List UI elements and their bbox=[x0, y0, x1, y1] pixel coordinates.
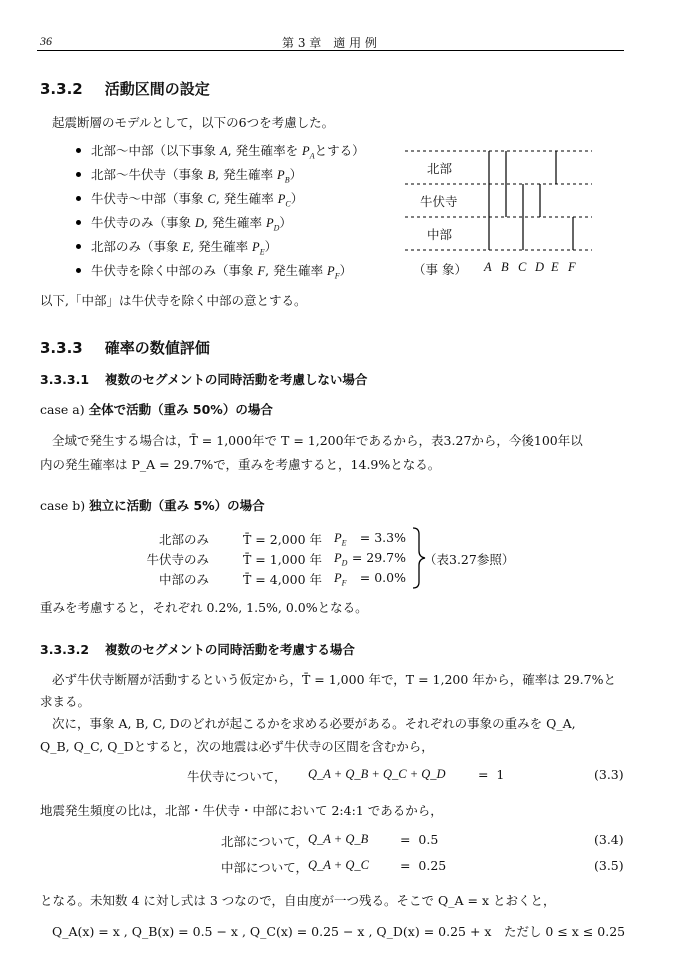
equation-3-5-lhs: Q_A + Q_C bbox=[308, 858, 369, 873]
row-prob: PE bbox=[334, 530, 347, 548]
paragraph-1-line2: 求まる。 bbox=[40, 692, 90, 710]
event-label-c: C bbox=[518, 260, 526, 275]
row-value: = 0.0% bbox=[360, 570, 406, 585]
case-b-result: 重みを考慮すると，それぞれ 0.2%, 1.5%, 0.0%となる。 bbox=[40, 598, 368, 616]
subsection-number: 3.3.3.1 bbox=[40, 372, 89, 387]
row-segment: 中部のみ bbox=[159, 570, 209, 588]
segment-label-middle: 中部 bbox=[427, 225, 452, 243]
equation-3-3-number: (3.3) bbox=[594, 767, 624, 782]
equation-3-3-label: 牛伏寺について， bbox=[187, 767, 287, 785]
equation-3-4-number: (3.4) bbox=[594, 832, 624, 847]
subsection-heading-3331: 3.3.3.1複数のセグメントの同時活動を考慮しない場合 bbox=[40, 370, 367, 388]
event-label-a: A bbox=[484, 260, 492, 275]
case-title: 全体で活動（重み 50%）の場合 bbox=[89, 402, 273, 417]
equation-3-5-rhs: = 0.25 bbox=[400, 858, 446, 873]
section-heading-333: 3.3.3確率の数値評価 bbox=[40, 337, 210, 358]
row-period: T̄ = 1,000 年 bbox=[243, 550, 322, 568]
segment-label-north: 北部 bbox=[427, 159, 452, 177]
segment-lines bbox=[0, 0, 698, 300]
equation-3-3-lhs: Q_A + Q_B + Q_C + Q_D bbox=[308, 767, 446, 782]
paragraph-2-line1: 次に，事象 A, B, C, Dのどれが起こるかを求める必要がある。それぞれの事… bbox=[52, 714, 576, 732]
case-label: case a) bbox=[40, 402, 85, 417]
row-segment: 牛伏寺のみ bbox=[146, 550, 209, 568]
event-label-e: E bbox=[551, 260, 559, 275]
case-a-line2: 内の発生確率は P_A = 29.7%で，重みを考慮すると，14.9%となる。 bbox=[40, 455, 440, 473]
case-a-heading: case a) 全体で活動（重み 50%）の場合 bbox=[40, 400, 273, 418]
section-number: 3.3.3 bbox=[40, 339, 83, 357]
section-title: 確率の数値評価 bbox=[105, 339, 210, 357]
subsection-title: 複数のセグメントの同時活動を考慮する場合 bbox=[105, 642, 355, 657]
case-label: case b) bbox=[40, 498, 85, 513]
event-label-b: B bbox=[501, 260, 509, 275]
paragraph-1-line1: 必ず牛伏寺断層が活動するという仮定から，T̄ = 1,000 年で，T = 1,… bbox=[52, 670, 616, 688]
subsection-number: 3.3.3.2 bbox=[40, 642, 89, 657]
row-segment: 北部のみ bbox=[159, 530, 209, 548]
equation-3-4-rhs: = 0.5 bbox=[400, 832, 438, 847]
equation-3-3-rhs: = 1 bbox=[478, 767, 504, 782]
note-text: 以下,「中部」は牛伏寺を除く中部の意とする。 bbox=[40, 291, 306, 309]
event-label-f: F bbox=[568, 260, 576, 275]
paragraph-2-line2: Q_B, Q_C, Q_Dとすると，次の地震は必ず牛伏寺の区間を含むから， bbox=[40, 737, 434, 755]
ratio-text: 地震発生頻度の比は，北部・牛伏寺・中部において 2:4:1 であるから， bbox=[40, 801, 443, 819]
subsection-heading-3332: 3.3.3.2複数のセグメントの同時活動を考慮する場合 bbox=[40, 640, 355, 658]
row-period: T̄ = 4,000 年 bbox=[243, 570, 322, 588]
row-value: = 29.7% bbox=[352, 550, 406, 565]
case-b-heading: case b) 独立に活動（重み 5%）の場合 bbox=[40, 496, 265, 514]
equation-3-4-lhs: Q_A + Q_B bbox=[308, 832, 368, 847]
equation-3-5-number: (3.5) bbox=[594, 858, 624, 873]
subsection-title: 複数のセグメントの同時活動を考慮しない場合 bbox=[105, 372, 367, 387]
row-value: = 3.3% bbox=[360, 530, 406, 545]
row-prob: PD bbox=[334, 550, 347, 568]
equation-3-4-label: 北部について， bbox=[221, 832, 308, 850]
row-period: T̄ = 2,000 年 bbox=[243, 530, 322, 548]
event-label-d: D bbox=[535, 260, 544, 275]
case-a-line1: 全域で発生する場合は，T̄ = 1,000年で T = 1,200年であるから，… bbox=[52, 431, 583, 449]
event-axis-label: （事 象） bbox=[413, 260, 467, 278]
equation-3-5-label: 中部について， bbox=[221, 858, 308, 876]
dof-text: となる。未知数 4 に対し式は 3 つなので，自由度が一つ残る。そこで Q_A … bbox=[40, 891, 556, 909]
solution-formula: Q_A(x) = x , Q_B(x) = 0.5 − x , Q_C(x) =… bbox=[52, 922, 625, 940]
table-reference: （表3.27参照） bbox=[424, 550, 514, 568]
segment-label-gofukuji: 牛伏寺 bbox=[420, 192, 458, 210]
row-prob: PF bbox=[334, 570, 347, 588]
case-title: 独立に活動（重み 5%）の場合 bbox=[89, 498, 265, 513]
